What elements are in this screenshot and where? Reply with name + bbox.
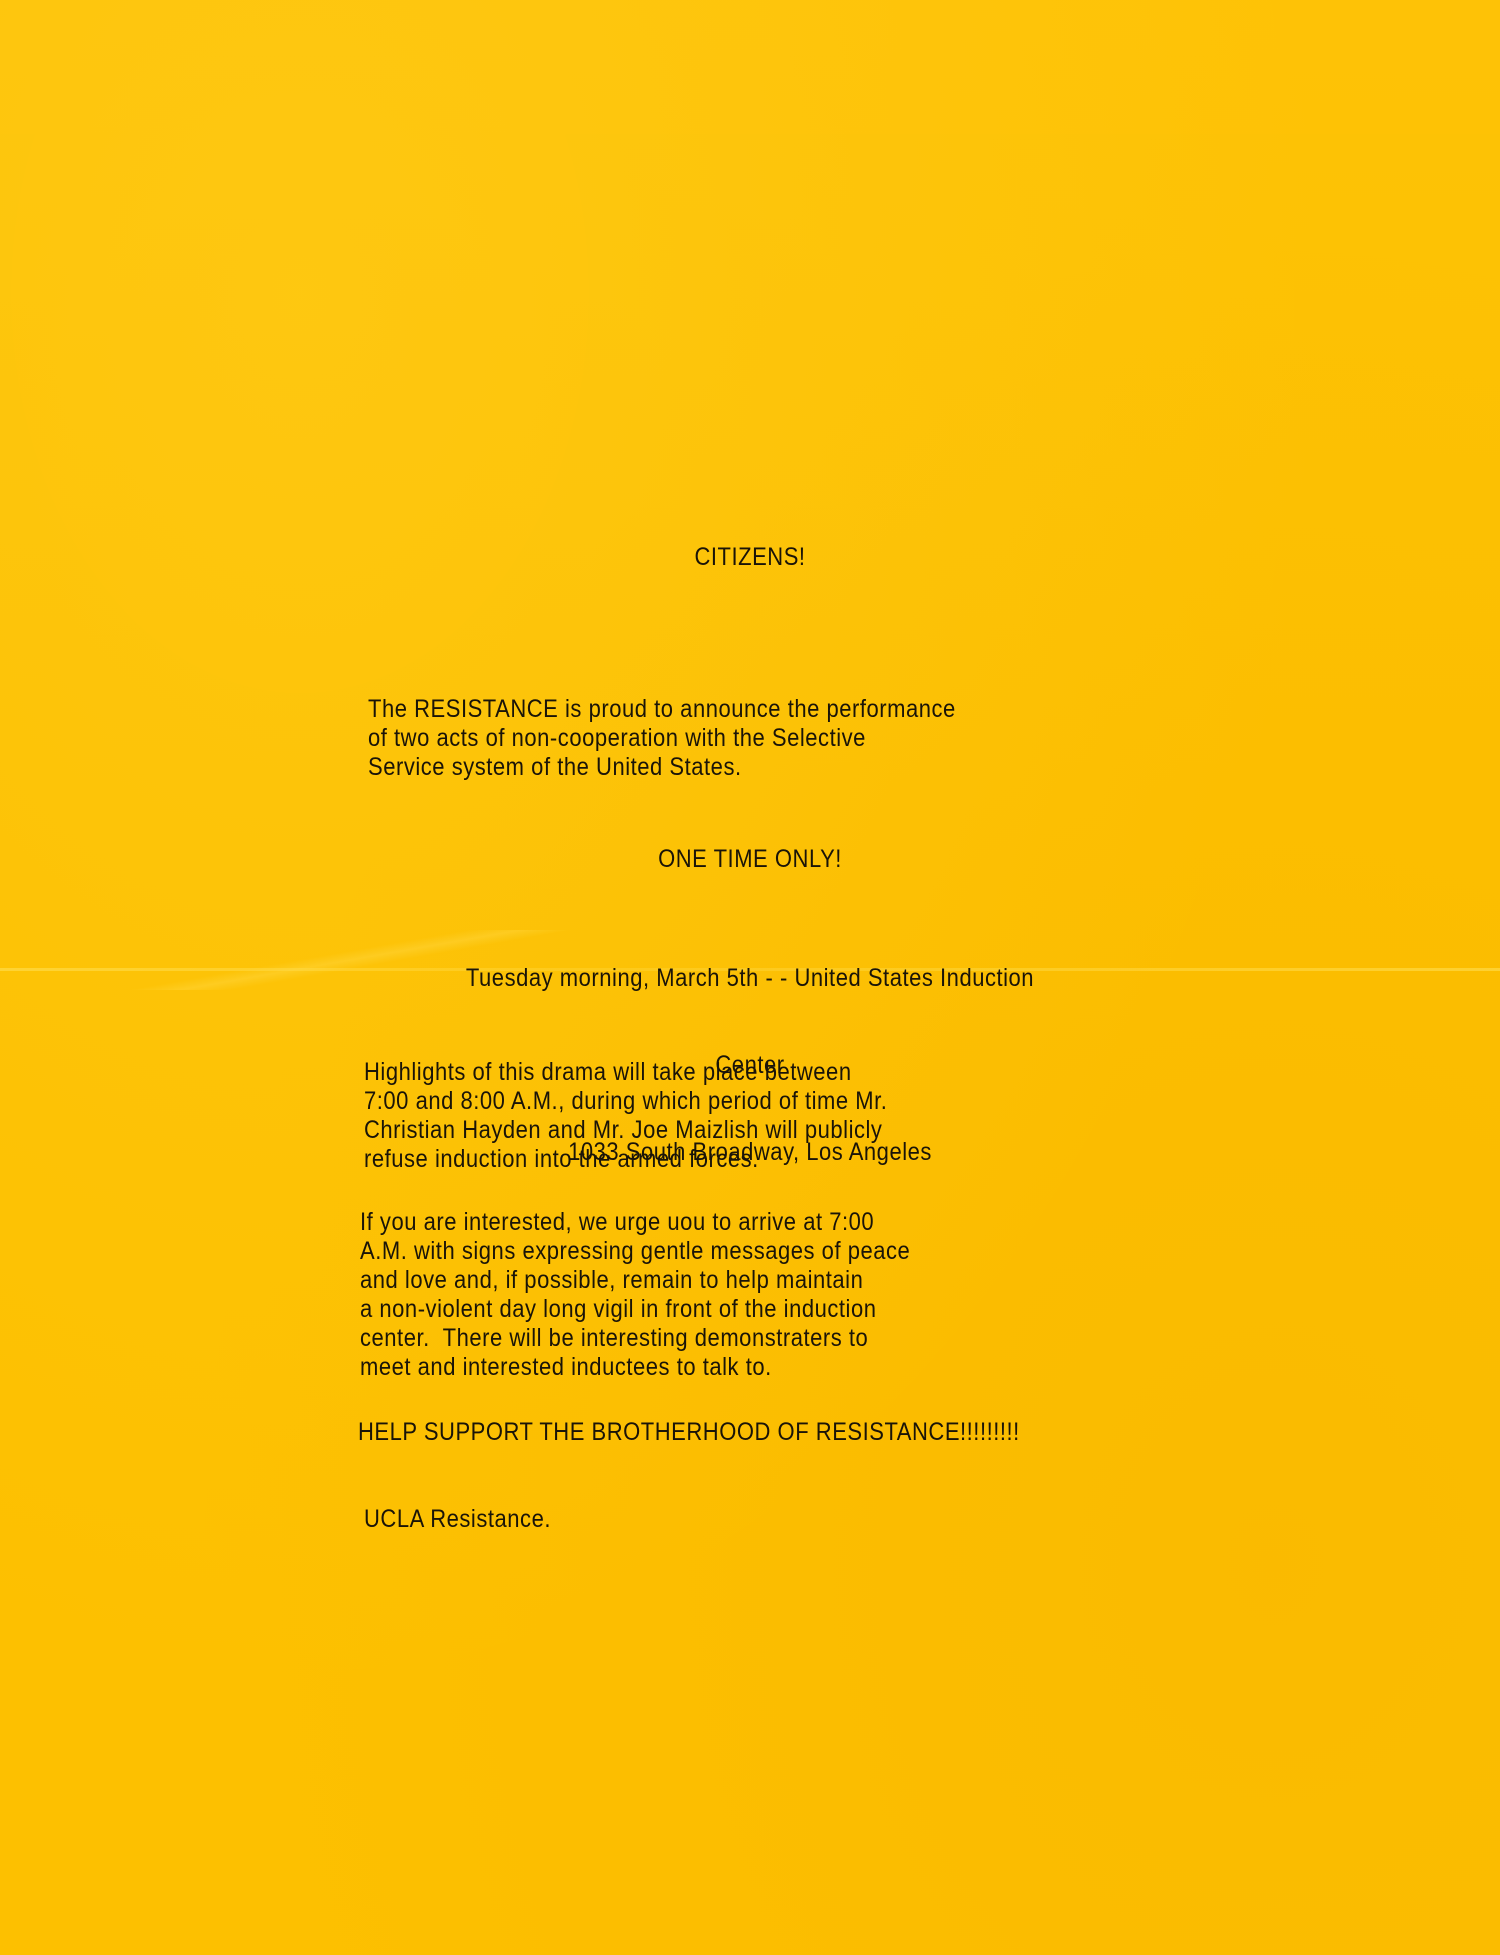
invitation-paragraph: If you are interested, we urge uou to ar… [360,1208,910,1382]
signature: UCLA Resistance. [364,1505,551,1534]
one-time-only-heading: ONE TIME ONLY! [90,845,1410,874]
highlights-paragraph: Highlights of this drama will take place… [364,1058,887,1174]
event-date-location: Tuesday morning, March 5th - - United St… [90,964,1410,993]
call-to-action: HELP SUPPORT THE BROTHERHOOD OF RESISTAN… [358,1418,1020,1447]
intro-paragraph: The RESISTANCE is proud to announce the … [368,695,956,782]
flyer-heading: CITIZENS! [90,543,1410,572]
